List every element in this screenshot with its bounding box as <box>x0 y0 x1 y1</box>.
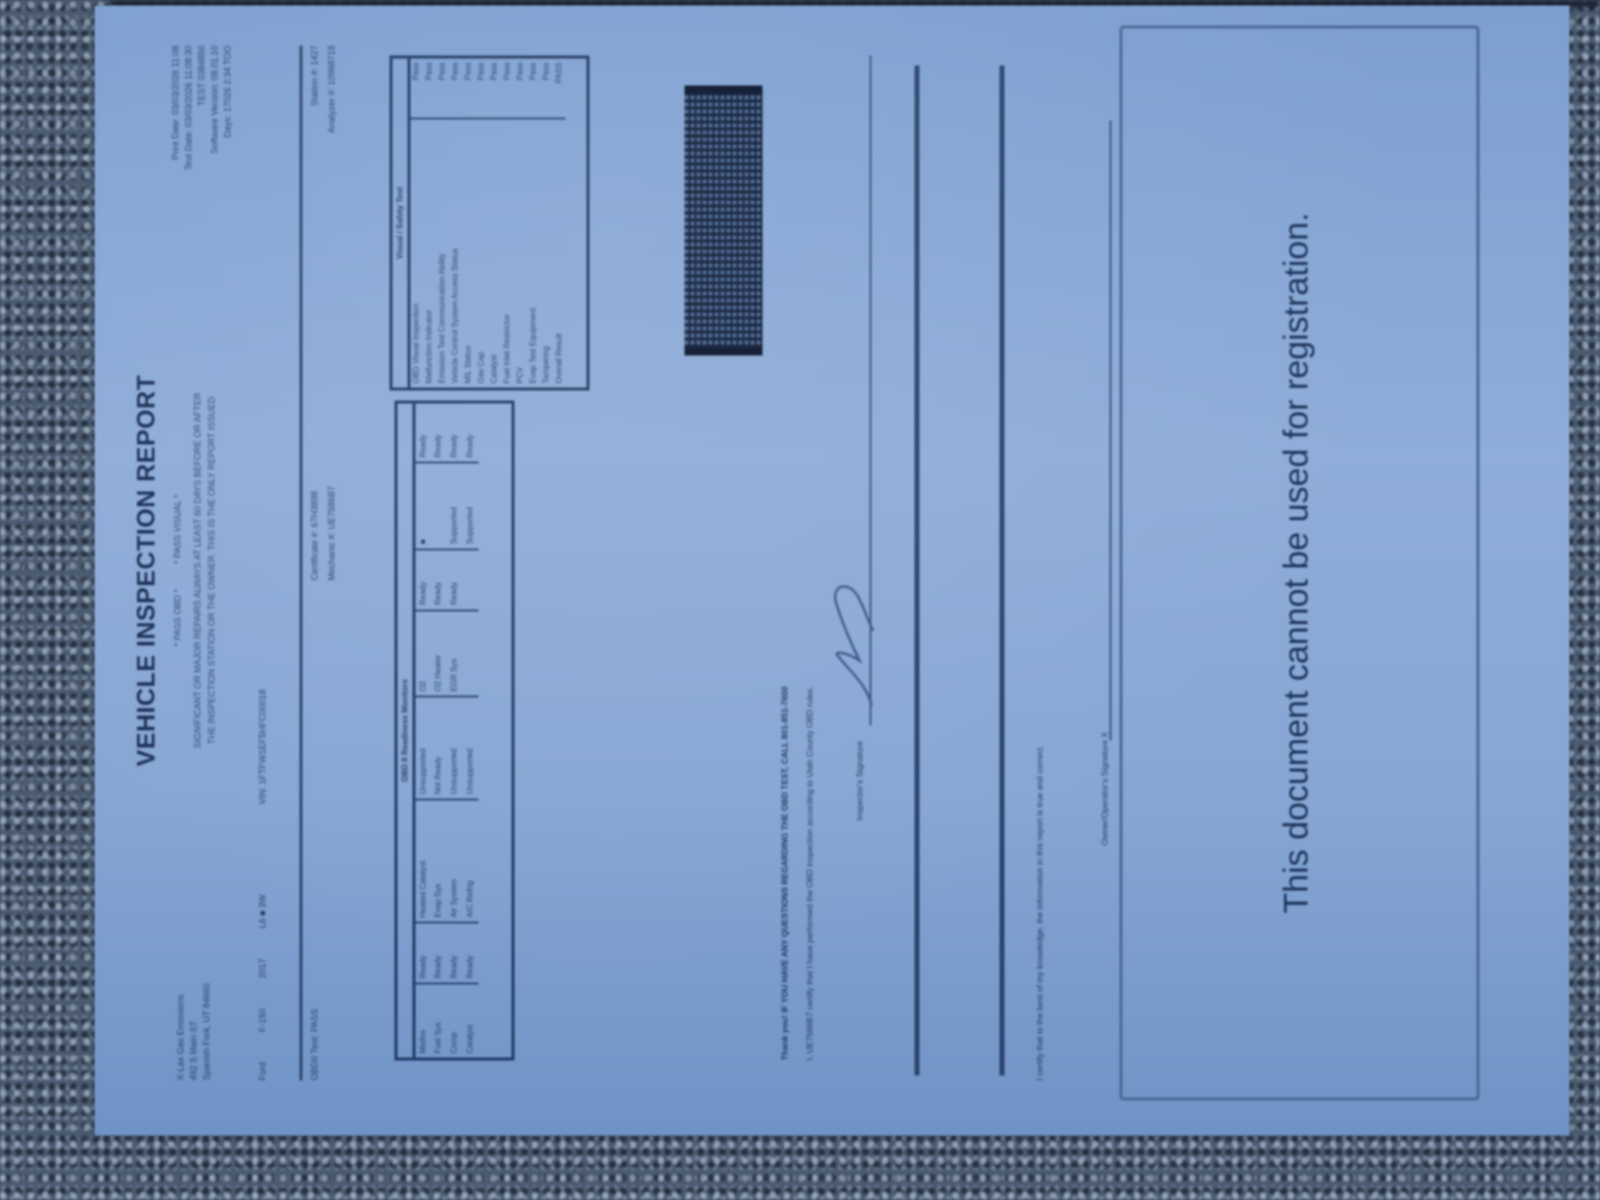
owner-certification: I certify that to the best of my knowled… <box>1035 746 1045 1081</box>
table-cell: EGR Sys <box>446 610 462 696</box>
photo-of-document: VEHICLE INSPECTION REPORT * PASS OBD * *… <box>95 5 1570 1135</box>
check-result: Pass <box>435 59 448 119</box>
pass-obd-label: * PASS OBD * <box>173 589 183 646</box>
owner-signature-label: Owner/Operator's Signature X <box>1100 732 1110 846</box>
contact-line: Thank you! IF YOU HAVE ANY QUESTIONS REG… <box>780 686 790 1060</box>
table-cell <box>462 549 478 610</box>
check-result: Pass <box>513 59 526 119</box>
table-cell: Ready <box>446 923 462 984</box>
table-cell: Supported <box>462 463 478 549</box>
owner-signature-line <box>1110 121 1112 741</box>
check-result: Pass <box>500 59 513 119</box>
table-cell: Ready <box>462 923 478 984</box>
table-row: Fuel SysReadyEvap SysNot ReadyO2 HeaterR… <box>430 404 446 1058</box>
table-cell: Catalyst <box>462 984 478 1058</box>
header-divider <box>300 46 303 1081</box>
station-street: 492 S Main ST <box>188 983 201 1080</box>
station-address: X-Lax Gas Emissions 492 S Main ST Spanis… <box>175 983 214 1080</box>
visual-safety-table: Visual / Safety Test OBD Visual Inspecti… <box>390 56 590 391</box>
divider-line-1 <box>915 66 920 1076</box>
check-name: Catalyst <box>487 119 500 388</box>
check-name: MIL Status <box>461 119 474 388</box>
analyzer-number: Analyzer #: 10968718 <box>327 46 337 134</box>
test-dates: Print Date: 03/03/2026 11:08 Test Date: … <box>170 46 235 171</box>
station-city: Spanish Fork, UT 84660 <box>201 983 214 1080</box>
table-cell: O2 Heater <box>430 610 446 696</box>
inspector-signature-line <box>870 56 872 726</box>
days-info: Days: 17026 2:34 TOO <box>222 46 235 171</box>
check-result: Pass <box>474 59 487 119</box>
table-cell: Unsupported <box>446 697 462 800</box>
table-row: MIL StatusPass <box>461 59 474 388</box>
check-result: Pass <box>422 59 435 119</box>
inspector-certification: I, UE7586B7 certify that I have performe… <box>805 686 815 1060</box>
table-row: PCVPass <box>513 59 526 388</box>
check-name: OBD Visual Inspection <box>409 119 422 388</box>
table-row: Malfunction IndicatorPass <box>422 59 435 388</box>
check-name: Malfunction Indicator <box>422 119 435 388</box>
table-cell: Ready <box>430 549 446 610</box>
check-name: Fuel Inlet Restrictor <box>500 119 513 388</box>
check-name: Evap Test Equipment <box>526 119 539 388</box>
check-result: Pass <box>539 59 552 119</box>
test-date: Test Date: 03/03/2026 11:08:30 <box>183 46 196 171</box>
inspector-signature-label: Inspector's Signature <box>855 741 865 821</box>
inspector-signature-scribble <box>830 561 880 711</box>
table-cell <box>430 463 446 549</box>
table-cell: Ready <box>462 404 478 463</box>
table-cell: Unsupported <box>462 697 478 800</box>
station-number: Station #: 1427 <box>310 46 320 107</box>
table-row: MisfireReadyHeated CatalystUnsupportedO2… <box>414 404 430 1058</box>
table-row: CompReadyAir SystemUnsupportedEGR SysRea… <box>446 404 462 1058</box>
check-result: Pass <box>526 59 539 119</box>
check-result: Pass <box>448 59 461 119</box>
table-cell: A/C Refrig <box>462 799 478 922</box>
table-row: Fuel Inlet RestrictorPass <box>500 59 513 388</box>
table-cell: Ready <box>430 404 446 463</box>
divider-line-2 <box>1000 66 1005 1076</box>
registration-notice: This document cannot be used for registr… <box>1278 29 1317 1098</box>
vehicle-info-row: Ford F-150 2017 L6 ■ 3W VIN: 1FTFW1EF5HF… <box>258 46 268 1081</box>
pdf417-barcode <box>685 86 763 356</box>
readiness-monitors-table: OBD II Readiness Monitors MisfireReadyHe… <box>395 401 515 1061</box>
pass-visual-label: * PASS VISUAL * <box>173 495 183 565</box>
table-cell: Ready <box>446 404 462 463</box>
table-cell: Ready <box>446 549 462 610</box>
check-result: Pass <box>487 59 500 119</box>
inspection-report-paper: VEHICLE INSPECTION REPORT * PASS OBD * *… <box>95 6 1570 1136</box>
table-cell: ■ <box>414 463 430 549</box>
table-row: OBD Visual InspectionPass <box>409 59 422 388</box>
report-title: VEHICLE INSPECTION REPORT <box>133 6 162 1136</box>
vehicle-year: 2017 <box>258 958 268 978</box>
table-row: Overall ResultPASS <box>552 59 565 388</box>
software-version: Software Version: 08.01.10 <box>209 46 222 171</box>
check-result: Pass <box>461 59 474 119</box>
check-name: PCV <box>513 119 526 388</box>
table-cell: Fuel Sys <box>430 984 446 1058</box>
table-cell: Ready <box>414 923 430 984</box>
table-cell: Supported <box>446 463 462 549</box>
table-row: CatalystPass <box>487 59 500 388</box>
table-row: Gas CapPass <box>474 59 487 388</box>
table-row: CatalystReadyA/C RefrigUnsupportedSuppor… <box>462 404 478 1058</box>
table-cell: O2 <box>414 610 430 696</box>
table-cell: Not Ready <box>430 697 446 800</box>
table-cell: Ready <box>430 923 446 984</box>
readiness-table-header: OBD II Readiness Monitors <box>398 404 415 1058</box>
info-row-1: OBDII Test: PASS Certificate #: 67H3898 … <box>310 46 320 1081</box>
table-cell: Evap Sys <box>430 799 446 922</box>
table-row: Vehicle Control System Access StatusPass <box>448 59 461 388</box>
vehicle-model: F-150 <box>258 1008 268 1032</box>
table-cell: Ready <box>414 549 430 610</box>
check-name: Vehicle Control System Access Status <box>448 119 461 388</box>
vehicle-vin: VIN: 1FTFW1EF5HFC00018 <box>258 689 268 804</box>
table-cell: Comp <box>446 984 462 1058</box>
table-cell: Ready <box>414 404 430 463</box>
table-cell: Heated Catalyst <box>414 799 430 922</box>
table-row: Emission Test Communication AbilityPass <box>435 59 448 388</box>
print-date: Print Date: 03/03/2026 11:08 <box>170 46 183 171</box>
vehicle-make: Ford <box>258 1062 268 1081</box>
table-cell: Air System <box>446 799 462 922</box>
station-name: X-Lax Gas Emissions <box>175 983 188 1080</box>
vehicle-engine: L6 ■ 3W <box>258 894 268 928</box>
check-result: PASS <box>552 59 565 119</box>
obd-test-result: OBDII Test: PASS <box>310 1009 320 1081</box>
certificate-number: Certificate #: 67H3898 <box>310 491 320 581</box>
table-row: Evap Test EquipmentPass <box>526 59 539 388</box>
mechanic-number: Mechanic #: UE7586B7 <box>327 486 337 581</box>
notice-box: This document cannot be used for registr… <box>1120 26 1480 1101</box>
table-cell: Unsupported <box>414 697 430 800</box>
result-line: * PASS OBD * * PASS VISUAL * <box>173 6 183 1136</box>
check-name: Emission Test Communication Ability <box>435 119 448 388</box>
visual-table-header: Visual / Safety Test <box>393 59 410 388</box>
check-name: Gas Cap <box>474 119 487 388</box>
disclaimer-line-1: SIGNIFICANT OR MAJOR REPAIRS ALWAYS AT L… <box>193 6 203 1136</box>
table-row: TamperingPass <box>539 59 552 388</box>
check-result: Pass <box>409 59 422 119</box>
test-number: TEST 0384850 <box>196 46 209 171</box>
table-cell <box>462 610 478 696</box>
disclaimer-line-2: THE INSPECTION STATION OR THE OWNER. THI… <box>207 6 217 1136</box>
check-name: Tampering <box>539 119 552 388</box>
table-cell: Misfire <box>414 984 430 1058</box>
check-name: Overall Result <box>552 119 565 388</box>
